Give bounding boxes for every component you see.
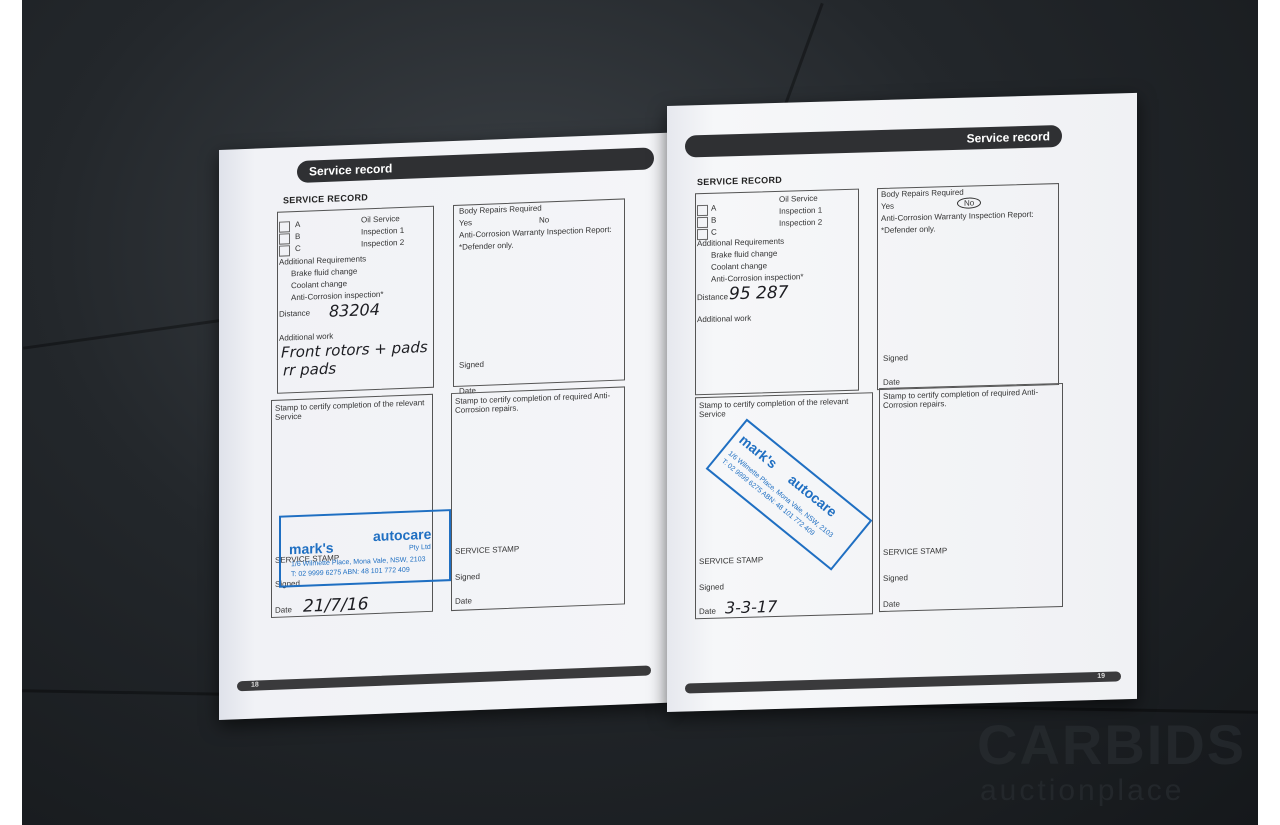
signed-label: Signed	[459, 360, 484, 370]
section-title: SERVICE RECORD	[697, 175, 782, 187]
watermark-tagline: auctionplace	[980, 774, 1184, 808]
business-stamp: mark's autocare Pty Ltd 1/6 Wilmette Pla…	[279, 509, 451, 588]
requirement-label: Brake fluid change	[711, 249, 777, 260]
page-footer: 18	[237, 665, 651, 691]
service-type-label: Inspection 2	[361, 238, 404, 249]
signed-label: Signed	[883, 353, 908, 363]
date-label: Date	[699, 607, 716, 616]
option-label: A	[295, 220, 300, 229]
service-stamp-label: SERVICE STAMP	[699, 555, 763, 566]
service-stamp-label: SERVICE STAMP	[883, 546, 947, 557]
checkbox-b[interactable]	[279, 233, 290, 244]
date-value: 21/7/16	[303, 594, 369, 617]
checkbox-b[interactable]	[697, 217, 708, 228]
stamp-brand-right: autocare	[373, 526, 431, 544]
option-label: C	[711, 228, 717, 237]
defender-note: *Defender only.	[881, 224, 936, 235]
date-label: Date	[275, 605, 292, 615]
service-type-label: Oil Service	[779, 194, 818, 204]
service-type-label: Inspection 1	[779, 206, 822, 216]
page-footer: 19	[685, 671, 1121, 693]
no-option[interactable]: No	[539, 215, 549, 224]
date-label: Date	[883, 599, 900, 608]
checkbox-a[interactable]	[279, 221, 290, 232]
requirement-label: Coolant change	[711, 261, 767, 272]
checkbox-a[interactable]	[697, 205, 708, 216]
seat-seam	[783, 3, 823, 107]
date-label: Date	[455, 596, 472, 606]
distance-label: Distance	[697, 292, 728, 302]
distance-value: 95 287	[729, 283, 788, 305]
date-label: Date	[883, 377, 900, 386]
left-page: Service record SERVICE RECORD A B C Oil …	[219, 133, 667, 720]
signed-label: Signed	[455, 572, 480, 582]
signed-label: Signed	[883, 573, 908, 583]
option-label: B	[711, 216, 716, 225]
page-header: Service record	[297, 147, 654, 183]
additional-work-line: rr pads	[283, 359, 336, 379]
service-type-label: Oil Service	[361, 214, 400, 224]
checkbox-c[interactable]	[279, 245, 290, 256]
signed-label: Signed	[699, 582, 724, 592]
stamp-suffix: Pty Ltd	[409, 544, 431, 552]
page-header: Service record	[685, 125, 1062, 158]
right-page: Service record SERVICE RECORD A B C Oil …	[667, 93, 1137, 712]
distance-value: 83204	[329, 300, 380, 321]
stamp-contact: T: 02 9999 6275 ABN: 48 101 772 409	[291, 567, 410, 579]
watermark-brand: CARBIDS	[977, 712, 1246, 777]
additional-work-label: Additional work	[697, 314, 751, 325]
service-booklet: Service record SERVICE RECORD A B C Oil …	[217, 100, 1137, 720]
option-label: B	[295, 232, 300, 241]
stamp-brand-left: mark's	[289, 540, 334, 558]
distance-label: Distance	[279, 308, 310, 318]
service-type-label: Inspection 1	[361, 226, 404, 237]
option-label: C	[295, 244, 301, 253]
section-title: SERVICE RECORD	[283, 192, 368, 205]
option-label: A	[711, 204, 716, 213]
service-type-label: Inspection 2	[779, 218, 822, 228]
yes-option[interactable]: Yes	[459, 218, 472, 228]
yes-option[interactable]: Yes	[881, 202, 894, 211]
leather-seat-background: Service record SERVICE RECORD A B C Oil …	[22, 0, 1258, 825]
date-value: 3-3-17	[725, 597, 777, 617]
